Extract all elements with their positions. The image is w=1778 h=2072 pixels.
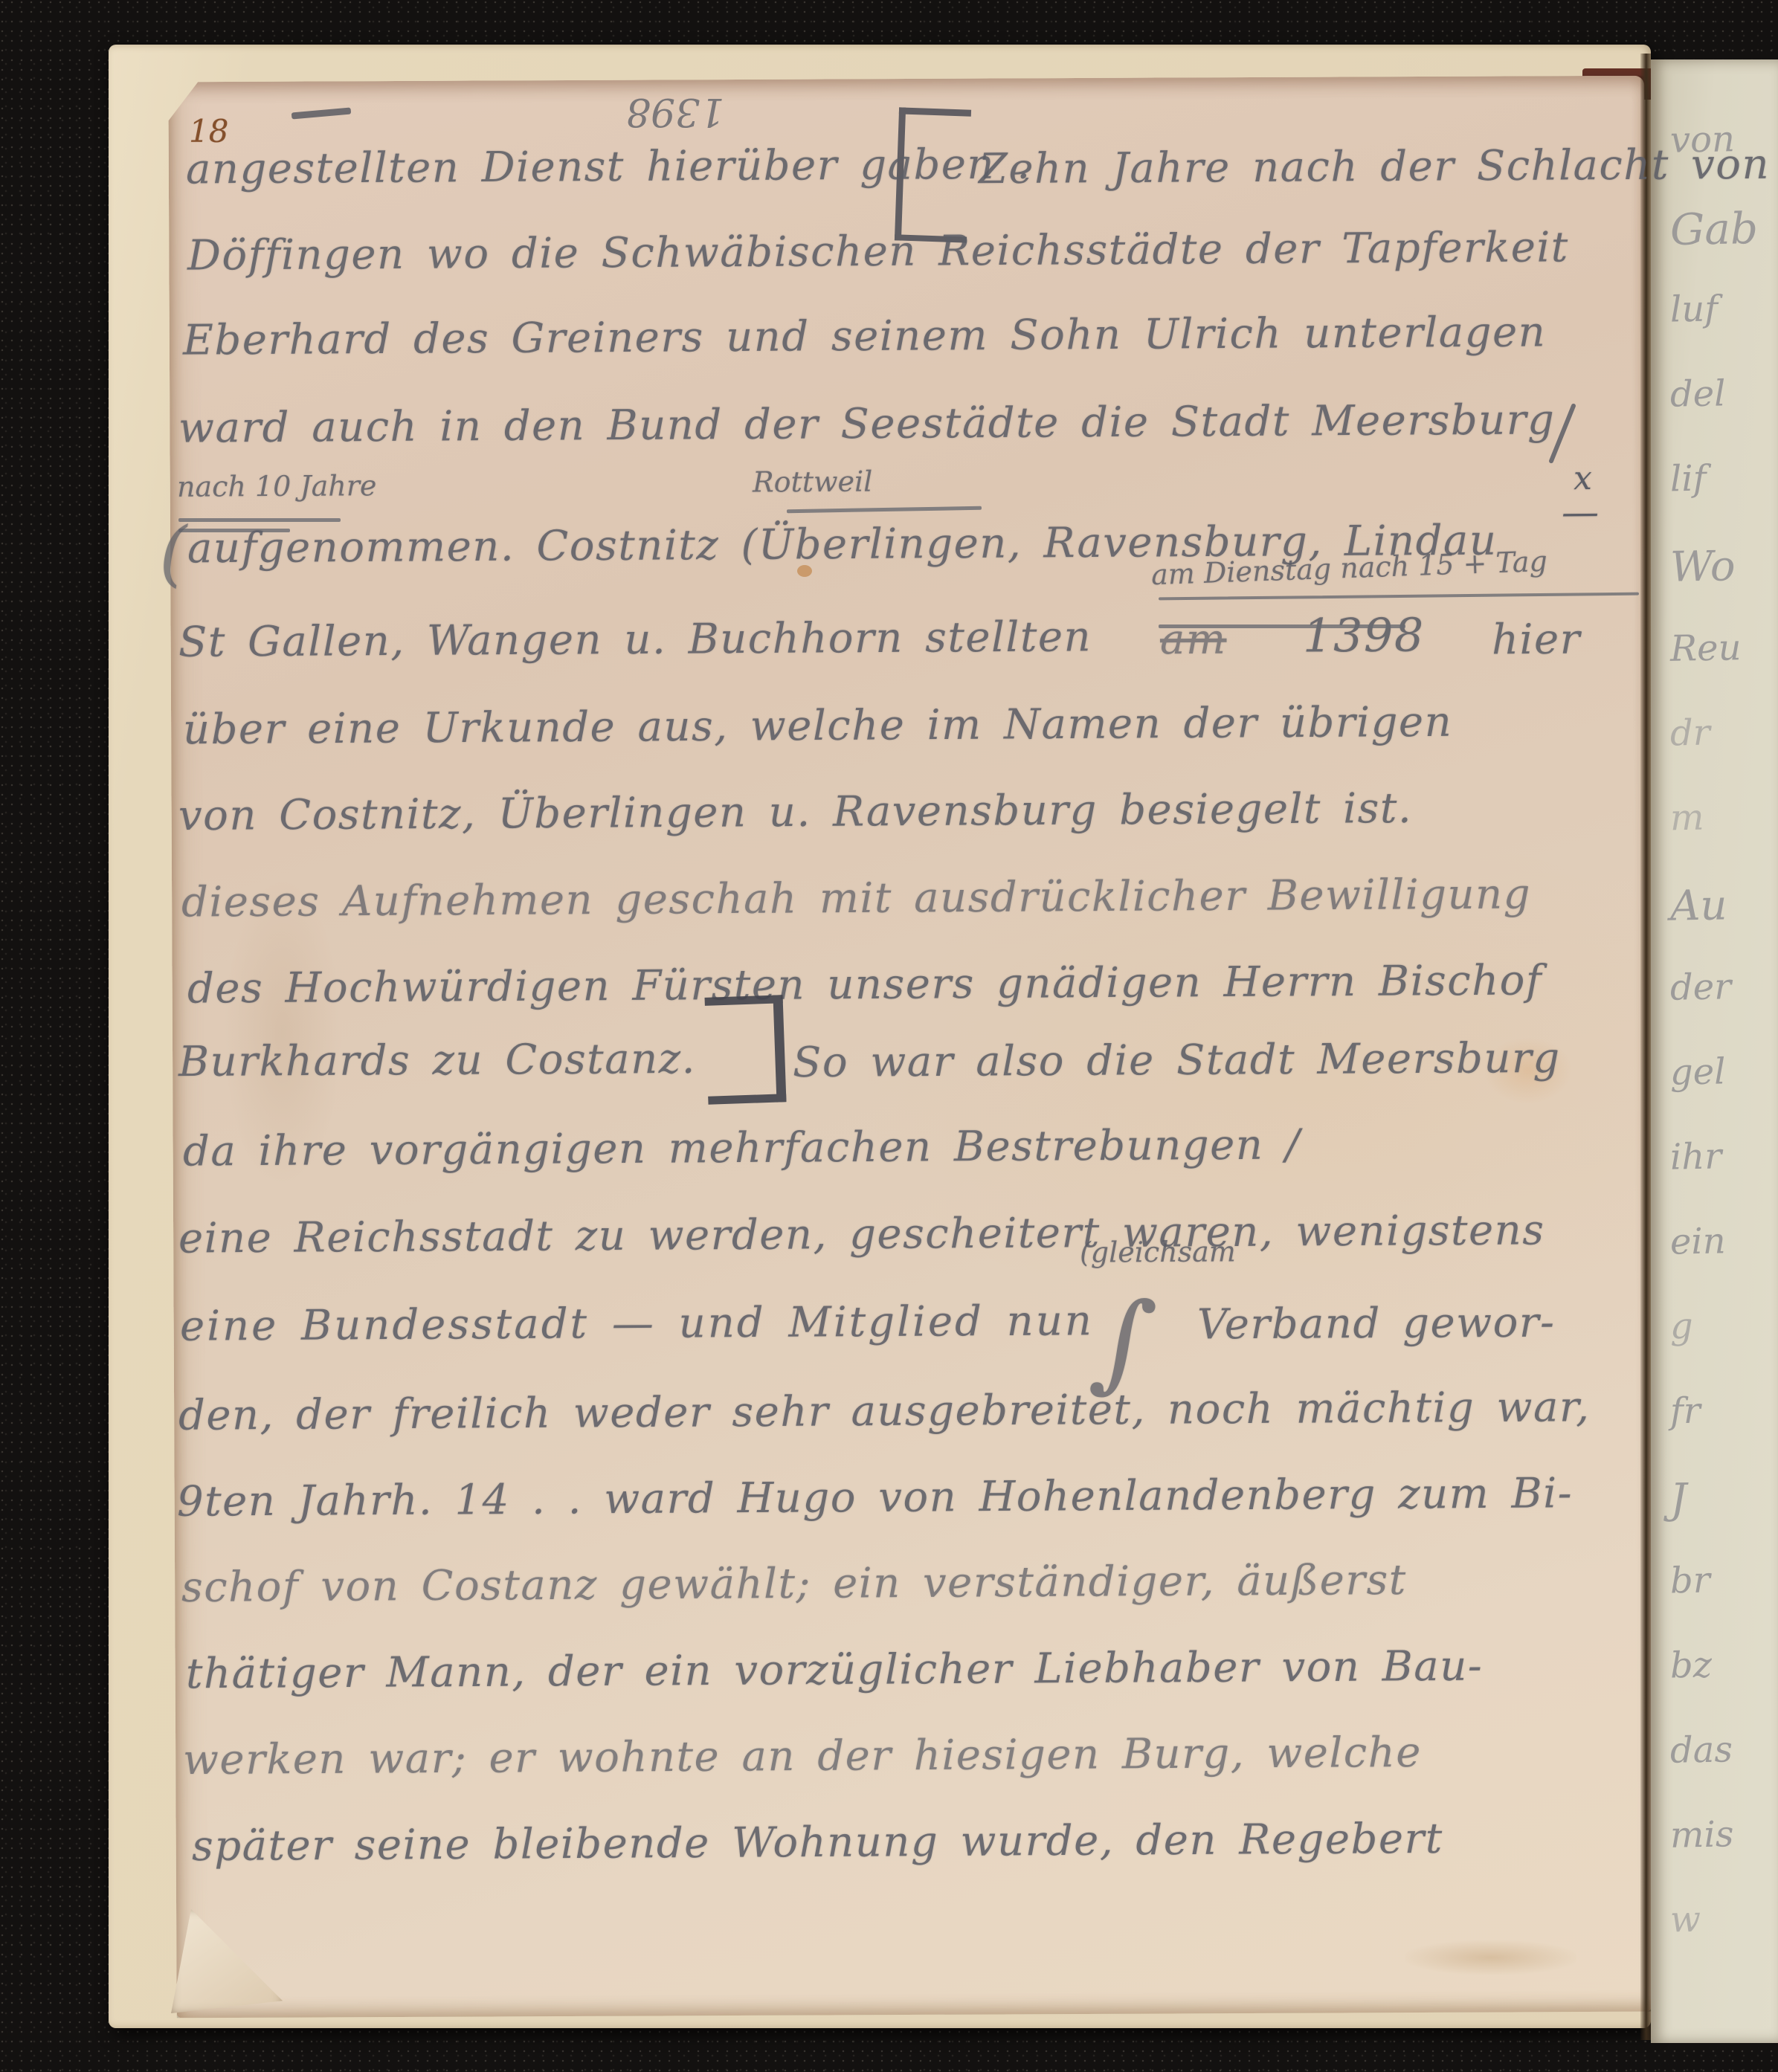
right-page-fragment: br [1670, 1560, 1711, 1602]
right-page-fragment: Reu [1670, 627, 1742, 670]
margin-note-10-jahre: nach 10 Jahre [177, 469, 377, 503]
right-page-fragment: del [1670, 372, 1726, 415]
right-page-fragment: ihr [1670, 1135, 1722, 1178]
manuscript-line: über eine Urkunde aus, welche im Namen d… [183, 698, 1453, 754]
right-page-fragment: ein [1670, 1220, 1727, 1262]
right-page-fragment: lif [1670, 458, 1707, 500]
right-page-fragment: bz [1670, 1645, 1713, 1687]
manuscript-line: dieses Aufnehmen geschah mit ausdrücklic… [181, 870, 1531, 926]
manuscript-line: des Hochwürdigen Fürsten unsers gnädigen… [187, 956, 1542, 1013]
manuscript-line: später seine bleibende Wohnung wurde, de… [192, 1815, 1443, 1871]
right-page-fragment: m [1670, 797, 1704, 839]
right-page-fragment: dr [1670, 712, 1711, 755]
interline-insertion-rottweil: Rottweil [753, 465, 873, 499]
manuscript-line: hier [1492, 616, 1581, 665]
right-page-fragment: fr [1670, 1390, 1701, 1433]
margin-note-underline [178, 518, 341, 522]
manuscript-line: eine Bundesstadt — und Mitglied nun [180, 1297, 1094, 1351]
right-page-fragment: Gab [1669, 203, 1758, 255]
year-1398: 1398 [1303, 608, 1425, 663]
manuscript-line: den, der freilich weder sehr ausgebreite… [178, 1383, 1591, 1440]
manuscript-line: thätiger Mann, der ein vorzüglicher Lieb… [186, 1642, 1484, 1699]
page-number: 18 [189, 113, 228, 149]
struck-word: am [1160, 616, 1227, 665]
manuscript-line: werken war; er wohnte an der hiesigen Bu… [183, 1729, 1422, 1784]
manuscript-line: eine Reichsstadt zu werden, gescheitert … [178, 1206, 1545, 1262]
manuscript-line: da ihre vorgängigen mehrfachen Bestrebun… [183, 1120, 1301, 1175]
page-gutter-shadow [1640, 54, 1651, 2040]
right-page-fragment: g [1670, 1306, 1694, 1348]
manuscript-line: Eberhard des Greiners und seinem Sohn Ul… [183, 308, 1547, 364]
right-page-fragment: Au [1669, 881, 1727, 930]
right-page-fragment: Wo [1669, 542, 1736, 592]
right-page-fragment: gel [1670, 1050, 1726, 1093]
manuscript-line: Verband gewor- [1197, 1299, 1556, 1349]
manuscript-line: Burkhards zu Costanz. [178, 1035, 696, 1086]
manuscript-line: angestellten Dienst hierüber gaben . [186, 141, 1031, 194]
margin-dash-mark: — [1562, 491, 1599, 534]
strike-line [1159, 624, 1405, 628]
right-page-fragment: der [1670, 966, 1732, 1008]
right-page-fragment: w [1670, 1899, 1701, 1941]
manuscript-line: von Costnitz, Überlingen u. Ravensburg b… [178, 784, 1413, 840]
right-page-fragment: mis [1670, 1813, 1734, 1856]
scanned-manuscript-scene: 18 1398 angestellten Dienst hierüber gab… [0, 0, 1778, 2072]
manuscript-line: ward auch in den Bund der Seestädte die … [178, 396, 1556, 452]
manuscript-line: St Gallen, Wangen u. Buchhorn stellten [178, 613, 1092, 667]
manuscript-line: So war also die Stadt Meersburg [793, 1034, 1561, 1087]
insertion-bracket-close-mark [705, 995, 787, 1105]
manuscript-line: 9ten Jahrh. 14 . . ward Hugo von Hohenla… [177, 1469, 1573, 1526]
manuscript-line: Zehn Jahre nach der Schlacht von [979, 141, 1770, 193]
manuscript-line: schof von Costanz gewählt; ein verständi… [181, 1556, 1407, 1612]
interline-insertion-gleichsam: (gleichsam [1080, 1235, 1236, 1268]
right-page-fragment: das [1670, 1729, 1733, 1771]
manuscript-line: Döffingen wo die Schwäbischen Reichsstäd… [187, 223, 1569, 280]
big-paren-mark: ( [159, 511, 187, 595]
flipped-year-note: 1398 [626, 89, 724, 134]
right-page-fragment: von [1670, 118, 1736, 161]
right-page-fragment: J [1669, 1475, 1687, 1523]
right-page-fragment: luf [1670, 288, 1719, 330]
